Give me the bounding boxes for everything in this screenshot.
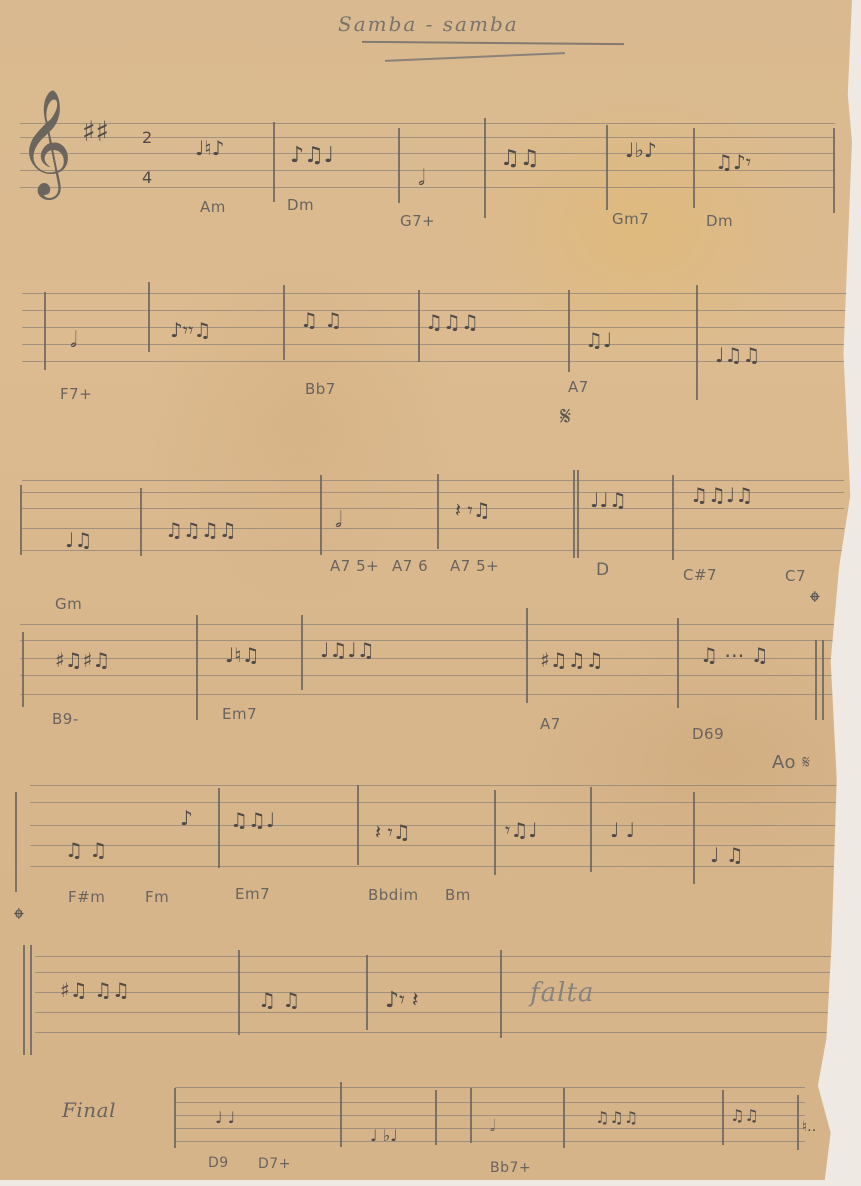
notes-m18: ♫♫♩♫ [690,485,753,505]
notes-m16: 𝄽 𝄾♫ [455,500,491,520]
stave-6 [35,950,835,1050]
chord-1-1: Am [200,198,226,216]
chord-5-1: F#m [68,888,105,906]
notes-m23: ♫ ⋯ ♫ [700,645,769,665]
chord-5-2: Fm [145,888,169,906]
notes-m10: ♫♫♫ [425,312,479,332]
notes-m9: ♫ ♫ [300,310,342,330]
chord-3-7: C7 [785,567,806,585]
coda-icon: 𝄌 [810,585,820,619]
chord-1-3: G7+ [400,212,435,230]
chord-3-4: A7 5+ [450,557,499,575]
notes-m22: ♯♫♫♫ [540,650,603,670]
chord-7-2: D7+ [258,1156,291,1172]
chord-2-2: Bb7 [305,380,336,398]
notes-m8: ♪𝄾𝄾♫ [170,320,211,340]
notes-m27: 𝄾♫♩ [505,820,538,840]
notes-m4: ♫♫ [500,148,539,170]
stave-2 [22,285,852,385]
chord-5-3: Em7 [235,885,270,903]
title: Samba - samba [338,12,519,36]
notes-m26: 𝄽 𝄾♫ [375,822,411,842]
chord-3-1: Gm [55,595,82,613]
notes-m24b: ♪ [180,808,193,828]
chord-5-4: Bbdim [368,886,419,904]
notes-m20: ♩♮♫ [225,645,260,665]
segno-icon: 𝄋 [560,402,571,433]
stave-4 [20,620,835,720]
notes-m31: ♫ ♫ [258,990,300,1010]
notes-m32: ♪𝄾 𝄽 [385,990,419,1012]
notes-m24: ♫ ♫ [65,840,107,860]
coda-icon-2: 𝄌 [14,902,24,936]
final-label: Final [62,1098,116,1122]
notes-m3: 𝅗𝅥 [418,168,425,190]
chord-2-1: F7+ [60,385,92,403]
notes-m1: ♩♮♪ [195,138,224,158]
notes-m5: ♩♭♪ [625,140,657,160]
chord-3-3: A7 6 [392,557,428,575]
notes-m19: ♯♫♯♫ [55,650,110,670]
notes-m14: ♫♫♫♫ [165,520,237,540]
notes-m15: 𝅗𝅥 [335,510,342,532]
notes-m2: ♪♫♩ [290,145,334,167]
chord-5-5: Bm [445,886,471,904]
chord-3-6: C#7 [683,566,717,584]
notes-m36: ♫♫♫ [595,1110,638,1126]
chord-4-1: B9- [52,710,79,728]
notes-m33: ♩ ♩ [215,1110,235,1126]
chord-3-5: D [596,560,610,580]
time-sig-bottom: 4 [142,170,152,186]
notes-m7: 𝅗𝅥 [70,330,77,352]
chord-7-3: Bb7+ [490,1160,531,1176]
chord-2-3: A7 [568,378,589,396]
notes-m30: ♯♫ ♫♫ [60,980,130,1000]
notes-m34: ♩ ♭♩ [370,1128,398,1144]
notes-m35: 𝅗𝅥 [490,1118,495,1134]
notes-m28: ♩ ♩ [610,820,635,840]
notes-m25: ♫♫♩ [230,810,275,830]
chord-1-5: Dm [706,212,733,230]
notes-m37: ♫♫ [730,1108,759,1124]
key-signature: ♯♯ [82,118,109,146]
ao-segno-note: Ao 𝄋 [772,752,810,773]
manuscript-page: Samba - samba 𝄞 ♯♯ 2 4 ♩♮♪ ♪♫♩ 𝅗𝅥 ♫♫ ♩♭♪… [0,0,852,1180]
notes-m29: ♩ ♫ [710,845,744,865]
chord-4-4: D69 [692,725,724,743]
notes-m13: ♩♫ [65,530,92,550]
title-underline [362,41,624,45]
chord-1-4: Gm7 [612,210,649,228]
notes-m21: ♩♫♩♫ [320,640,375,660]
falta-annotation: falta [530,978,594,1008]
notes-m38: ♮‥ [802,1120,816,1134]
time-sig-top: 2 [142,130,152,146]
notes-m17: ♩♩♫ [590,490,627,510]
chord-1-2: Dm [287,196,314,214]
notes-m12: ♩♫♫ [715,345,760,365]
treble-clef-icon: 𝄞 [18,88,72,197]
notes-m6: ♫♪𝄾 [715,152,751,172]
chord-4-3: A7 [540,715,561,733]
chord-4-2: Em7 [222,705,257,723]
chord-7-1: D9 [208,1155,229,1171]
chord-3-2: A7 5+ [330,557,379,575]
title-flourish [385,52,565,62]
notes-m11: ♫♩ [585,330,612,350]
